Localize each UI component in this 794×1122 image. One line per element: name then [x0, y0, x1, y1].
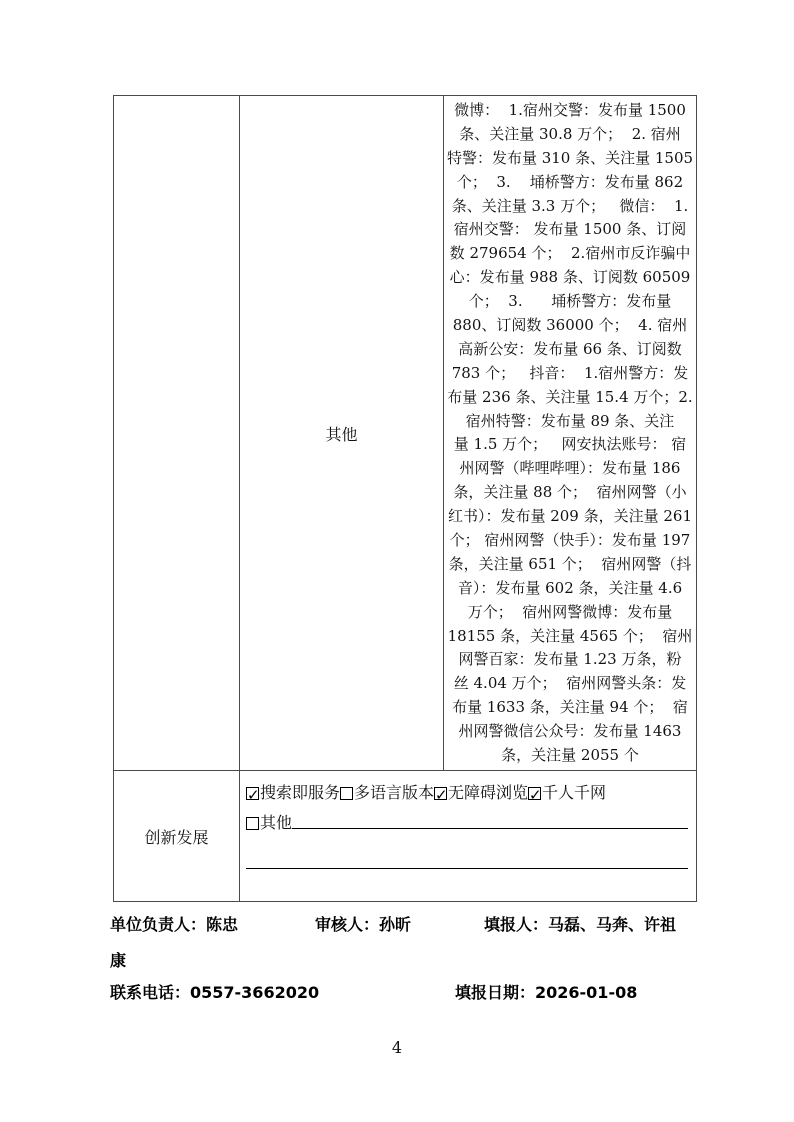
blank-underline: [292, 810, 688, 829]
innovation-row: 创新发展 搜索即服务 多语言版本 无障碍浏览 千人千网 其他: [114, 771, 696, 901]
option-checkbox[interactable]: [246, 787, 259, 800]
filler-field: 填报人：马磊、马奔、许祖: [484, 912, 676, 935]
content-line: 网警百家：发布量 1.23 万条，粉: [444, 648, 696, 672]
content-line: 红书）：发布量 209 条，关注量 261: [444, 505, 696, 529]
content-line: 州网警（哔哩哔哩）：发布量 186: [444, 457, 696, 481]
option-checkbox[interactable]: [340, 787, 353, 800]
option-item: 搜索即服务: [246, 779, 340, 806]
other-row-empty-cell: [114, 96, 240, 770]
content-line: 个； 3. 埇桥警方：发布量 862: [444, 171, 696, 195]
content-line: 心：发布量 988 条、订阅数 60509: [444, 266, 696, 290]
option-item: 无障碍浏览: [434, 779, 528, 806]
content-line: 万个； 宿州网警微博：发布量: [444, 601, 696, 625]
content-line: 条，关注量 2055 个: [444, 744, 696, 768]
report-table: 其他 微博： 1.宿州交警：发布量 1500 条、关注量 30.8 万个； 2.…: [113, 95, 697, 902]
option-label: 无障碍浏览: [448, 779, 528, 806]
content-line: 880、订阅数 36000 个； 4. 宿州: [444, 314, 696, 338]
date-field: 填报日期：2026-01-08: [455, 980, 637, 1003]
content-line: 数 279654 个； 2.宿州市反诈骗中: [444, 242, 696, 266]
content-line: 个； 宿州网警（快手）：发布量 197: [444, 529, 696, 553]
other-option-label: 其他: [260, 809, 292, 836]
other-option-line: 其他: [246, 809, 688, 836]
content-line: 布量 236 条、关注量 15.4 万个；2.: [444, 386, 696, 410]
content-line: 条、关注量 30.8 万个； 2. 宿州: [444, 123, 696, 147]
content-line: 高新公安：发布量 66 条、订阅数: [444, 338, 696, 362]
content-line: 丝 4.04 万个； 宿州网警头条：发: [444, 672, 696, 696]
option-label: 千人千网: [542, 779, 606, 806]
option-label: 搜索即服务: [260, 779, 340, 806]
option-label: 多语言版本: [354, 779, 434, 806]
content-line: 条，关注量 88 个； 宿州网警（小: [444, 481, 696, 505]
option-item: 多语言版本: [340, 779, 434, 806]
innovation-options: 搜索即服务 多语言版本 无障碍浏览 千人千网: [246, 779, 688, 806]
other-row-label: 其他: [240, 96, 444, 770]
content-line: 微博： 1.宿州交警：发布量 1500: [444, 99, 696, 123]
content-line: 音）：发布量 602 条，关注量 4.6: [444, 577, 696, 601]
other-row-content: 微博： 1.宿州交警：发布量 1500 条、关注量 30.8 万个； 2. 宿州…: [444, 96, 696, 770]
content-line: 量 1.5 万个； 网安执法账号： 宿: [444, 433, 696, 457]
innovation-row-label: 创新发展: [114, 771, 240, 901]
unit-head-field: 单位负责人：陈忠: [110, 912, 238, 935]
option-item: 千人千网: [528, 779, 606, 806]
content-line: 特警：发布量 310 条、关注量 1505: [444, 147, 696, 171]
unit-head-wrap: 康: [110, 948, 126, 971]
other-option-checkbox[interactable]: [246, 817, 259, 830]
blank-underline: [246, 850, 688, 869]
content-line: 条，关注量 651 个； 宿州网警（抖: [444, 553, 696, 577]
content-line: 布量 1633 条，关注量 94 个； 宿: [444, 696, 696, 720]
reviewer-field: 审核人：孙昕: [315, 912, 411, 935]
document-page: 其他 微博： 1.宿州交警：发布量 1500 条、关注量 30.8 万个； 2.…: [0, 0, 794, 1122]
option-item: 其他: [246, 809, 292, 836]
content-line: 州网警微信公众号：发布量 1463: [444, 720, 696, 744]
option-checkbox[interactable]: [528, 787, 541, 800]
option-checkbox[interactable]: [434, 787, 447, 800]
other-row: 其他 微博： 1.宿州交警：发布量 1500 条、关注量 30.8 万个； 2.…: [114, 96, 696, 771]
content-line: 条、关注量 3.3 万个； 微信： 1.: [444, 195, 696, 219]
innovation-row-content: 搜索即服务 多语言版本 无障碍浏览 千人千网 其他: [240, 771, 696, 901]
content-line: 宿州特警：发布量 89 条、关注: [444, 410, 696, 434]
content-line: 18155 条，关注量 4565 个； 宿州: [444, 625, 696, 649]
phone-field: 联系电话：0557-3662020: [110, 980, 319, 1003]
content-line: 宿州交警： 发布量 1500 条、订阅: [444, 218, 696, 242]
content-line: 个； 3. 埇桥警方：发布量: [444, 290, 696, 314]
page-number: 4: [0, 1038, 794, 1057]
content-line: 783 个； 抖音： 1.宿州警方：发: [444, 362, 696, 386]
